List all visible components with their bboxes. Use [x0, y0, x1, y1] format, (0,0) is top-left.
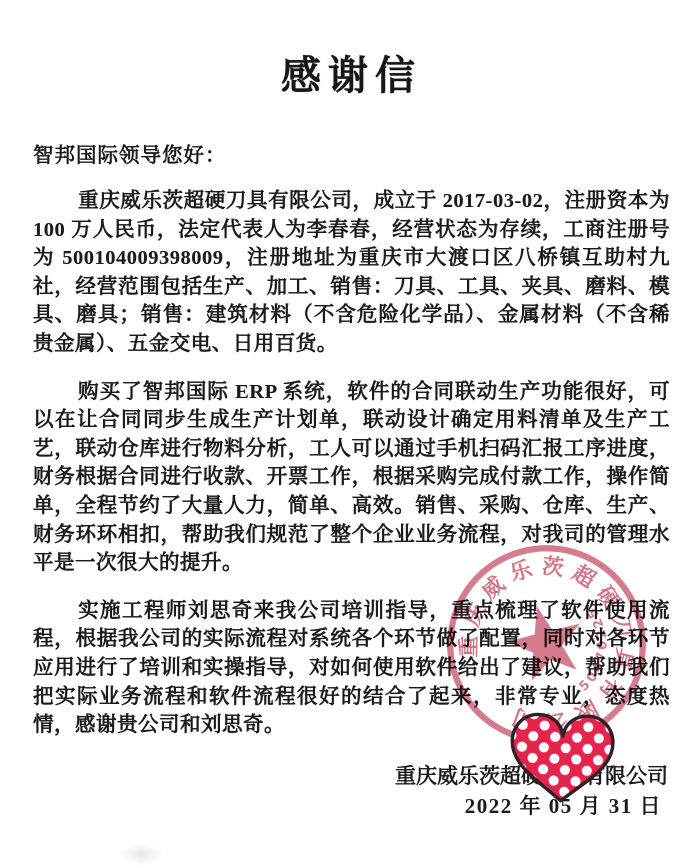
paragraph-company-intro: 重庆威乐茨超硬刀具有限公司，成立于 2017-03-02，注册资本为 100 万… [33, 187, 670, 359]
scan-smudge [118, 843, 164, 866]
heart-icon [510, 714, 614, 803]
thank-you-letter: 感谢信 智邦国际领导您好： 重庆威乐茨超硬刀具有限公司，成立于 2017-03-… [0, 0, 700, 866]
star-icon [501, 597, 591, 684]
greeting-line: 智邦国际领导您好： [33, 138, 670, 168]
heart-sticker [503, 707, 620, 811]
letter-title: 感谢信 [33, 44, 670, 101]
